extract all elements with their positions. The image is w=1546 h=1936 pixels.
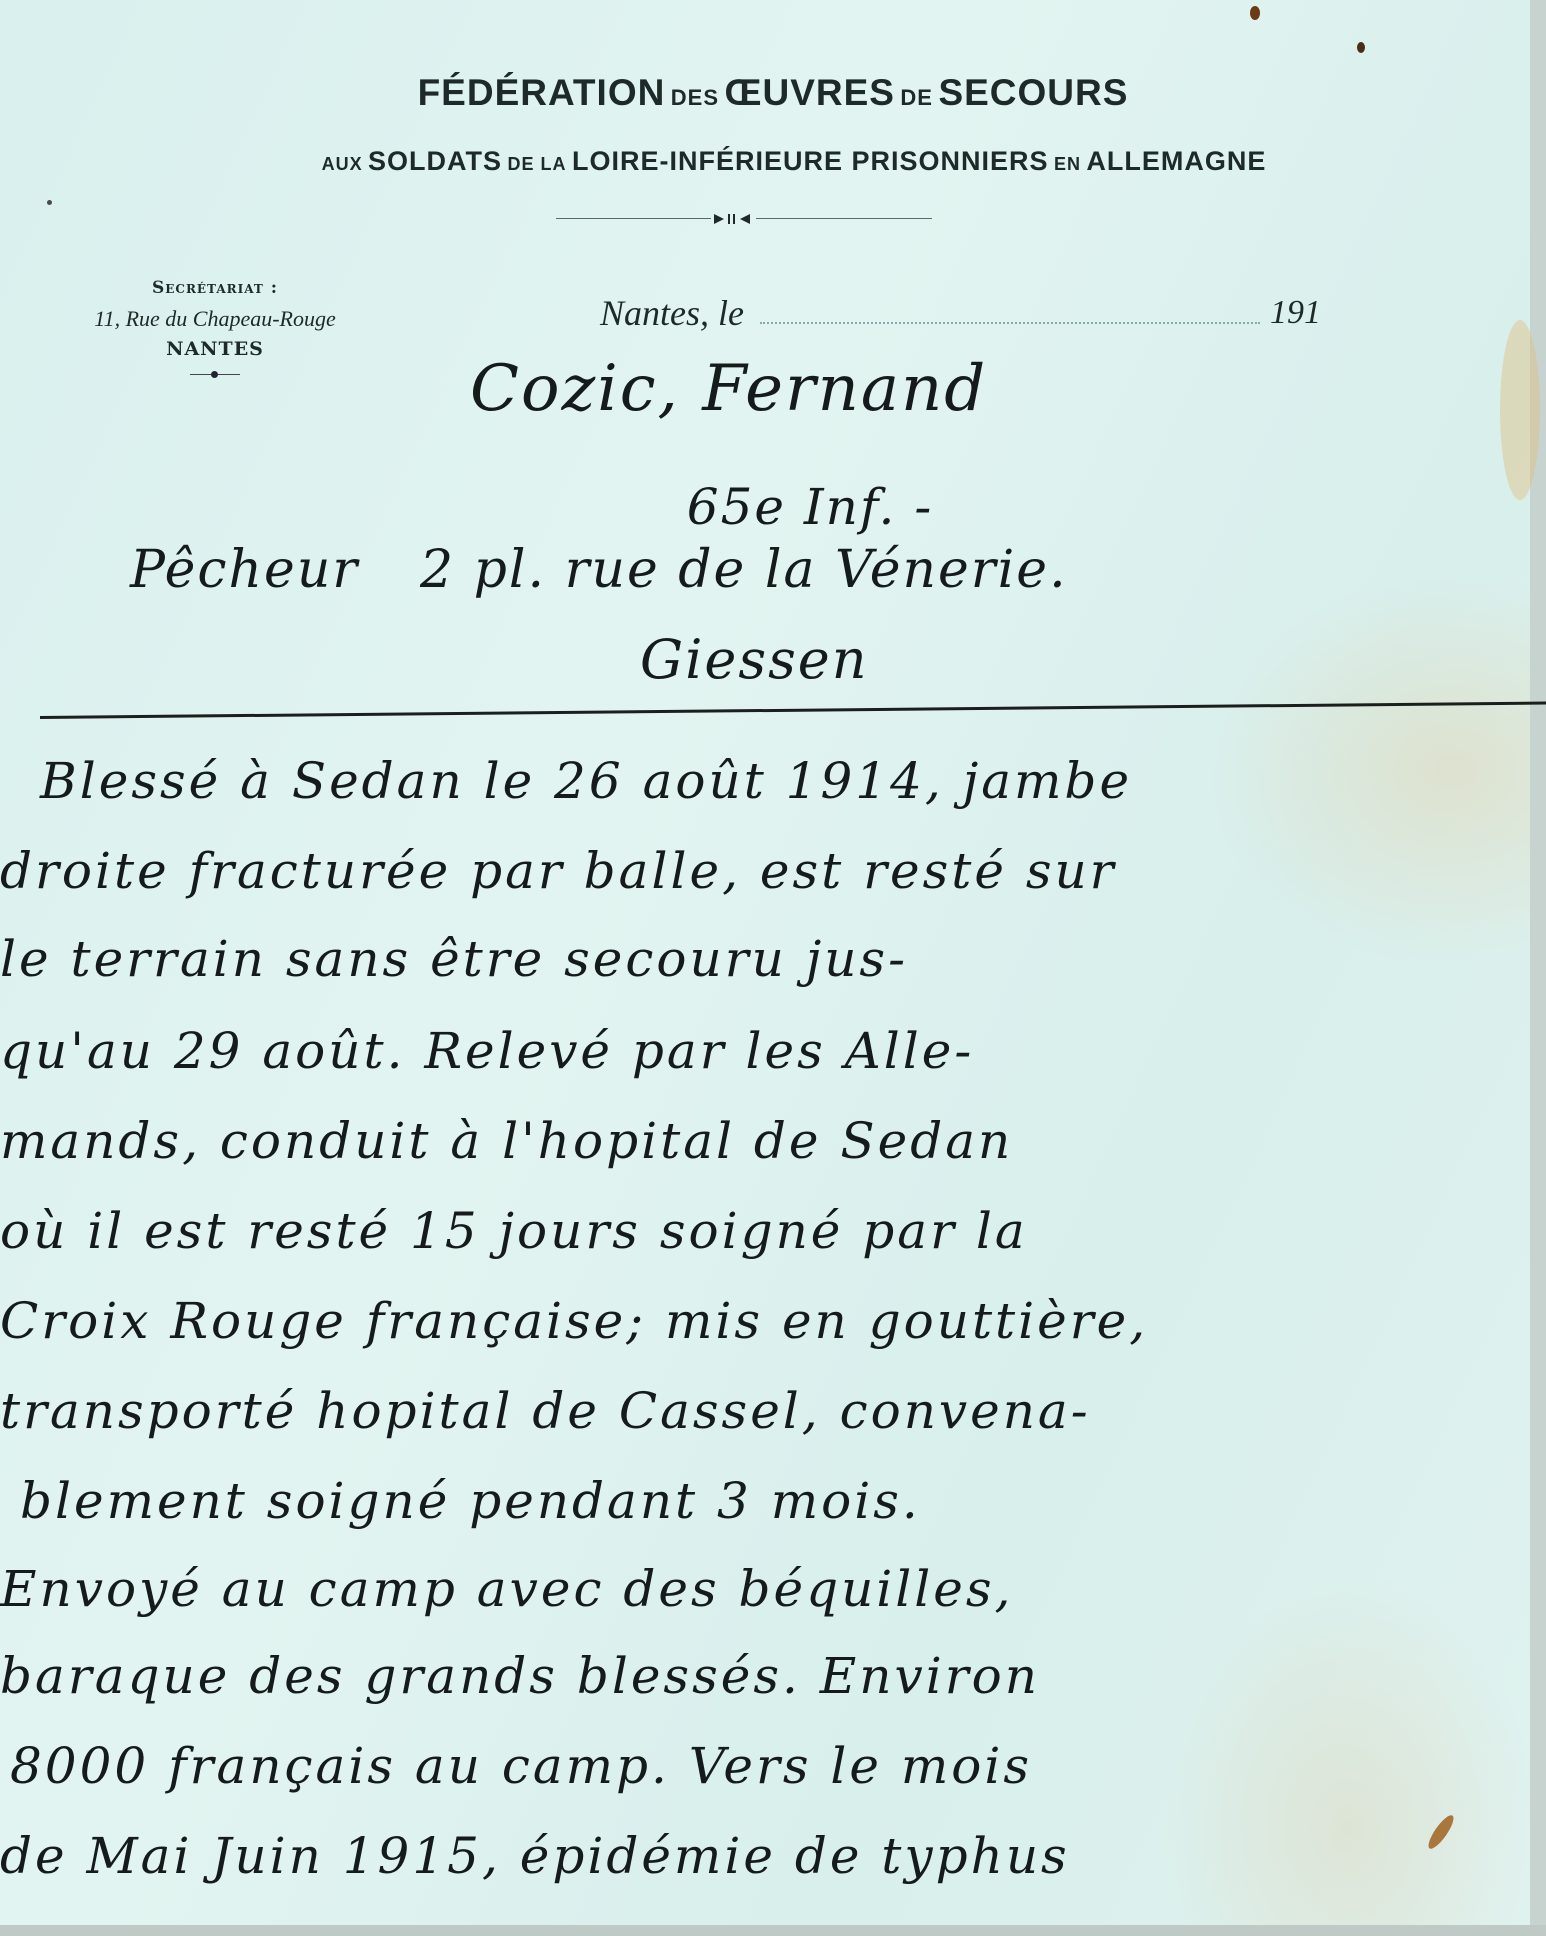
dateline-blank <box>760 322 1260 324</box>
letterhead-word: AUX <box>322 154 363 174</box>
soldier-occupation: Pêcheur <box>130 540 359 600</box>
letterhead-word: LOIRE-INFÉRIEURE PRISONNIERS <box>572 146 1049 176</box>
letterhead-title: FÉDÉRATION DES ŒUVRES DE SECOURS <box>0 72 1546 114</box>
letterhead-subtitle: AUX SOLDATS DE LA LOIRE-INFÉRIEURE PRISO… <box>0 146 1546 177</box>
letterhead-word: SECOURS <box>938 72 1128 113</box>
body-line: Croix Rouge française; mis en gouttière, <box>0 1292 1148 1350</box>
body-line: Blessé à Sedan le 26 août 1914, jambe <box>40 752 1132 810</box>
soldier-name: Cozic, Fernand <box>470 352 987 426</box>
body-line: 8000 français au camp. Vers le mois <box>10 1737 1032 1795</box>
body-line: baraque des grands blessés. Environ <box>0 1647 1040 1705</box>
dateline-label: Nantes, le <box>600 292 744 334</box>
letterhead-word: SOLDATS <box>368 146 502 176</box>
secretariat-title: Secrétariat : <box>20 278 410 298</box>
letterhead-word: ALLEMAGNE <box>1086 146 1266 176</box>
age-stain <box>1500 320 1540 500</box>
paper-edge-bottom <box>0 1925 1546 1936</box>
body-line: blement soigné pendant 3 mois. <box>20 1472 921 1530</box>
letterhead-word: DE <box>900 85 933 110</box>
body-line: de Mai Juin 1915, épidémie de typhus <box>0 1827 1070 1885</box>
letterhead-word: DES <box>671 85 719 110</box>
body-line: où il est resté 15 jours soigné par la <box>0 1202 1028 1260</box>
body-line: Envoyé au camp avec des béquilles, <box>0 1560 1013 1618</box>
letterhead-word: EN <box>1054 154 1081 174</box>
soldier-city: Giessen <box>640 628 869 691</box>
letterhead-word: ŒUVRES <box>724 72 894 113</box>
secretariat-address: 11, Rue du Chapeau-Rouge <box>20 306 410 332</box>
body-line: droite fracturée par balle, est resté su… <box>0 842 1117 900</box>
ink-speck <box>1357 42 1365 53</box>
soldier-regiment: 65e Inf. - <box>260 478 1360 536</box>
letterhead-word: FÉDÉRATION <box>418 72 666 113</box>
soldier-address: 2 pl. rue de la Vénerie. <box>420 540 1068 600</box>
body-line: transporté hopital de Cassel, convena- <box>0 1382 1091 1440</box>
secretariat-ornament-icon <box>190 370 240 378</box>
body-line: mands, conduit à l'hopital de Sedan <box>0 1112 1013 1170</box>
secretariat-block: Secrétariat : 11, Rue du Chapeau-Rouge N… <box>20 278 410 378</box>
secretariat-city: NANTES <box>20 338 410 360</box>
dateline: Nantes, le 191 <box>600 292 1340 332</box>
letterhead-word: DE LA <box>508 154 567 174</box>
ink-speck <box>1250 6 1260 20</box>
body-line: le terrain sans être secouru jus- <box>0 930 908 988</box>
paper-edge-right <box>1530 0 1546 1936</box>
ink-speck <box>47 200 52 205</box>
dateline-year: 191 <box>1270 294 1321 332</box>
body-line: qu'au 29 août. Relevé par les Alle- <box>0 1022 974 1080</box>
letterhead-ornament-icon <box>556 212 932 226</box>
